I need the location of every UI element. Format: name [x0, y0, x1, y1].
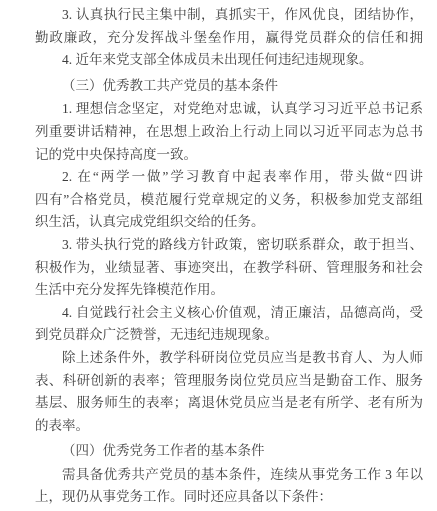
text-line: 记的党中央保持高度一致。	[35, 144, 423, 167]
text-line: （四）优秀党务工作者的基本条件	[35, 440, 423, 463]
document-page: 3. 认真执行民主集中制，真抓实干，作风优良，团结协作，勤政廉政，充分发挥战斗堡…	[0, 0, 437, 511]
page: { "page": { "background": "#ffffff", "te…	[0, 0, 437, 511]
text-line: 需具备优秀共产党员的基本条件，连续从事党务工作 3 年以	[35, 464, 423, 487]
text-line: 3. 认真执行民主集中制，真抓实干，作风优良，团结协作，	[35, 4, 423, 27]
text-line: （三）优秀教工共产党员的基本条件	[35, 75, 423, 98]
text-line: 1. 理想信念坚定，对党绝对忠诚，认真学习习近平总书记系	[35, 98, 423, 121]
text-line: 生活中充分发挥先锋模范作用。	[35, 279, 423, 302]
paragraph: 3. 带头执行党的路线方针政策，密切联系群众，敢于担当、积极作为，业绩显著、事迹…	[35, 234, 423, 302]
text-line: 2. 在“两学一做”学习教育中起表率作用，带头做“四讲	[35, 166, 423, 189]
text-line: 的表率。	[35, 415, 423, 438]
text-line: 表、科研创新的表率；管理服务岗位党员应当是勤奋工作、服务	[35, 370, 423, 393]
paragraph: 除上述条件外，教学科研岗位党员应当是教书育人、为人师表、科研创新的表率；管理服务…	[35, 347, 423, 437]
paragraph: 1. 理想信念坚定，对党绝对忠诚，认真学习习近平总书记系列重要讲话精神，在思想上…	[35, 98, 423, 166]
paragraph: 4. 近年来党支部全体成员未出现任何违纪违规现象。	[35, 49, 423, 72]
text-line: 勤政廉政，充分发挥战斗堡垒作用，赢得党员群众的信任和拥护。	[35, 27, 423, 50]
section-heading: （三）优秀教工共产党员的基本条件	[35, 75, 423, 98]
text-line: 积极作为，业绩显著、事迹突出，在教学科研、管理服务和社会	[35, 257, 423, 280]
text-line: 四有”合格党员，模范履行党章规定的义务，积极参加党支部组	[35, 189, 423, 212]
text-line: 4. 自觉践行社会主义核心价值观，清正廉洁，品德高尚，受	[35, 302, 423, 325]
paragraph: 2. 在“两学一做”学习教育中起表率作用，带头做“四讲四有”合格党员，模范履行党…	[35, 166, 423, 234]
text-line: 列重要讲话精神，在思想上政治上行动上同以习近平同志为总书	[35, 121, 423, 144]
text-line: 基层、服务师生的表率；离退休党员应当是老有所学、老有所为	[35, 392, 423, 415]
text-line: 除上述条件外，教学科研岗位党员应当是教书育人、为人师	[35, 347, 423, 370]
text-line: 3. 带头执行党的路线方针政策，密切联系群众，敢于担当、	[35, 234, 423, 257]
paragraph: 需具备优秀共产党员的基本条件，连续从事党务工作 3 年以上，现仍从事党务工作。同…	[35, 464, 423, 509]
section-heading: （四）优秀党务工作者的基本条件	[35, 440, 423, 463]
text-line: 4. 近年来党支部全体成员未出现任何违纪违规现象。	[35, 49, 423, 72]
text-line: 织生活，认真完成党组织交给的任务。	[35, 211, 423, 234]
paragraph: 3. 认真执行民主集中制，真抓实干，作风优良，团结协作，勤政廉政，充分发挥战斗堡…	[35, 4, 423, 49]
text-line: 到党员群众广泛赞誉，无违纪违规现象。	[35, 324, 423, 347]
paragraph: 4. 自觉践行社会主义核心价值观，清正廉洁，品德高尚，受到党员群众广泛赞誉，无违…	[35, 302, 423, 347]
text-line: 上，现仍从事党务工作。同时还应具备以下条件：	[35, 486, 423, 509]
